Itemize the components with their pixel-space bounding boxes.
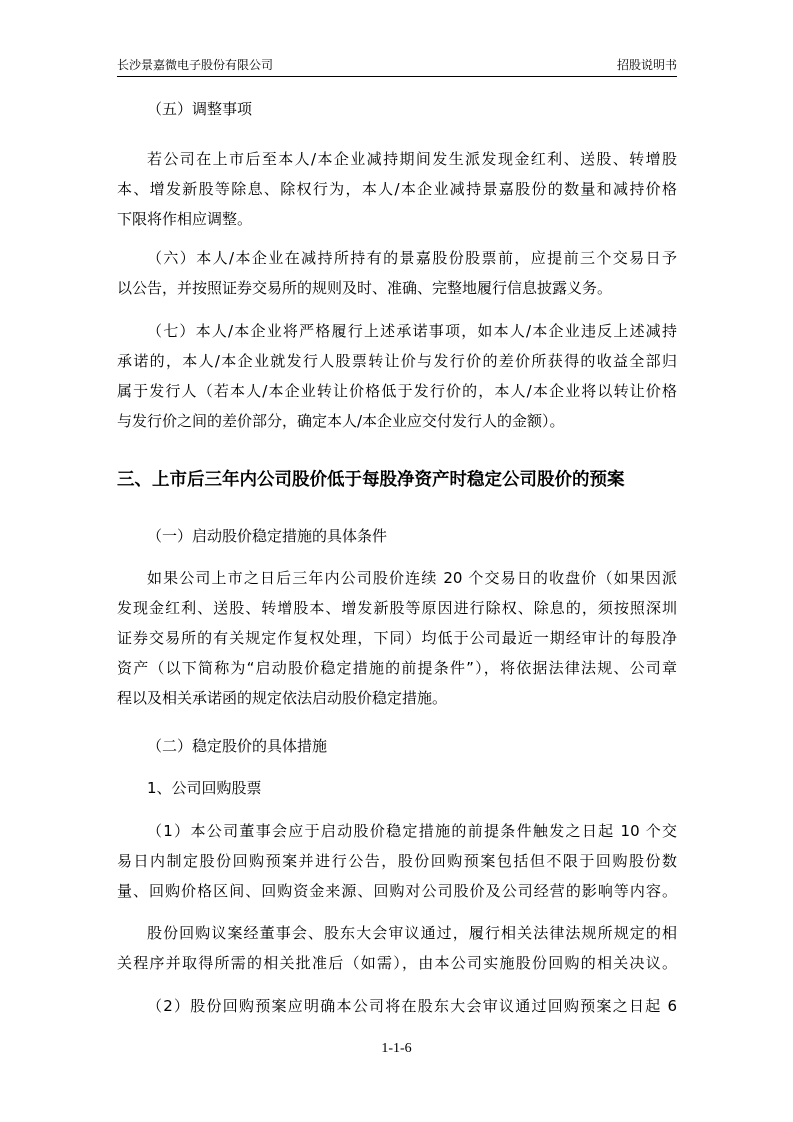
- paragraph-line: 下限将作相应调整。: [117, 209, 677, 229]
- paragraph-line: 易日内制定股份回购预案并进行公告，股份回购预案包括但不限于回购股份数: [117, 851, 677, 871]
- paragraph-line: 与发行价之间的差价部分，确定本人/本企业应交付发行人的金额）。: [117, 411, 677, 431]
- paragraph-line: 程以及相关承诺函的规定依法启动股价稳定措施。: [117, 688, 677, 708]
- paragraph-line: 属于发行人（若本人/本企业转让价格低于发行价的，本人/本企业将以转让价格: [117, 381, 677, 401]
- list-item-title: 1、公司回购股票: [117, 778, 677, 798]
- paragraph-line: 量、回购价格区间、回购资金来源、回购对公司股价及公司经营的影响等内容。: [117, 881, 677, 901]
- header-company-name: 长沙景嘉微电子股份有限公司: [117, 56, 273, 73]
- paragraph-line: 发现金红利、送股、转增股本、增发新股等原因进行除权、除息的，须按照深圳: [117, 598, 677, 618]
- paragraph-line: （2）股份回购预案应明确本公司将在股东大会审议通过回购预案之日起 6: [117, 996, 677, 1016]
- section-heading: 三、上市后三年内公司股价低于每股净资产时稳定公司股价的预案: [117, 468, 625, 492]
- page-header: 长沙景嘉微电子股份有限公司 招股说明书: [117, 56, 677, 77]
- subsection-title-trigger-conditions: （一）启动股价稳定措施的具体条件: [117, 526, 677, 546]
- header-document-type: 招股说明书: [617, 56, 677, 73]
- paragraph-line: （七）本人/本企业将严格履行上述承诺事项，如本人/本企业违反上述减持: [117, 321, 677, 341]
- paragraph-line: 承诺的，本人/本企业就发行人股票转让价与发行价的差价所获得的收益全部归: [117, 351, 677, 371]
- paragraph-line: （六）本人/本企业在减持所持有的景嘉股份股票前，应提前三个交易日予: [117, 248, 677, 268]
- subsection-title-measures: （二）稳定股价的具体措施: [117, 736, 677, 756]
- paragraph-line: 如果公司上市之日后三年内公司股价连续 20 个交易日的收盘价（如果因派: [117, 568, 677, 588]
- paragraph-line: 若公司在上市后至本人/本企业减持期间发生派发现金红利、送股、转增股: [117, 149, 677, 169]
- paragraph-line: （1）本公司董事会应于启动股价稳定措施的前提条件触发之日起 10 个交: [117, 821, 677, 841]
- paragraph-line: 股份回购议案经董事会、股东大会审议通过，履行相关法律法规所规定的相: [117, 923, 677, 943]
- paragraph-line: 以公告，并按照证券交易所的规则及时、准确、完整地履行信息披露义务。: [117, 278, 677, 298]
- subsection-title-adjustments: （五）调整事项: [117, 99, 677, 119]
- paragraph-line: 关程序并取得所需的相关批准后（如需），由本公司实施股份回购的相关决议。: [117, 953, 677, 973]
- paragraph-line: 证券交易所的有关规定作复权处理，下同）均低于公司最近一期经审计的每股净: [117, 628, 677, 648]
- paragraph-line: 本、增发新股等除息、除权行为，本人/本企业减持景嘉股份的数量和减持价格: [117, 179, 677, 199]
- paragraph-line: 资产（以下简称为“启动股价稳定措施的前提条件”），将依据法律法规、公司章: [117, 658, 677, 678]
- page-number: 1-1-6: [0, 1041, 793, 1057]
